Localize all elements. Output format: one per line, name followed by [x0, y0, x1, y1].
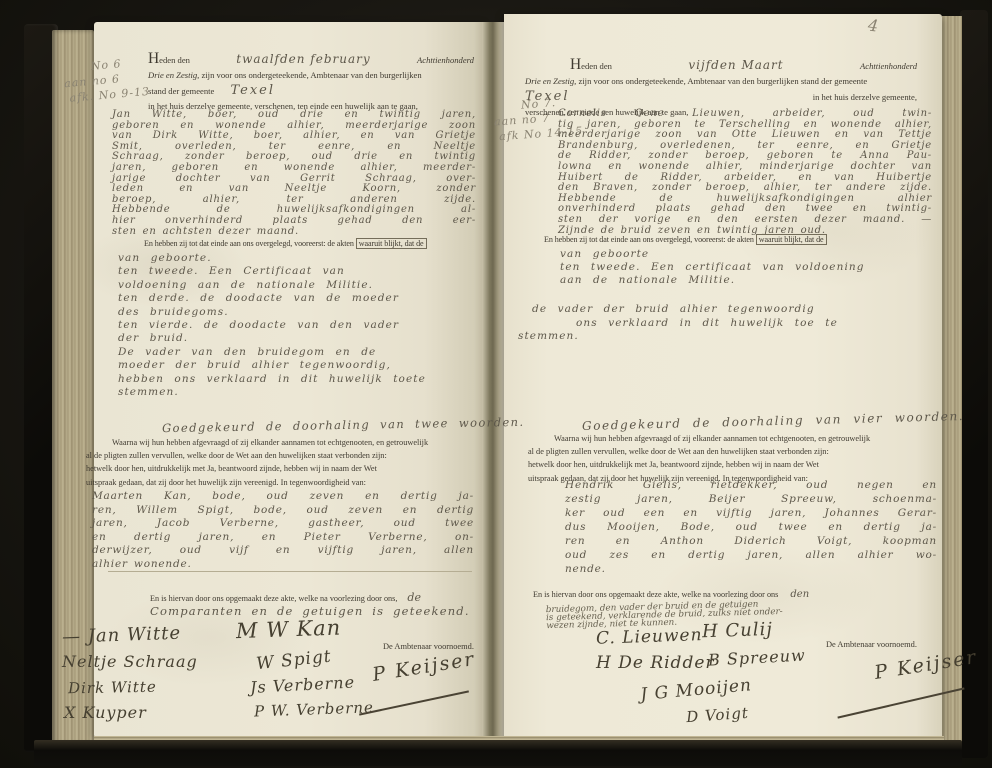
printed-closing-intro: En is hiervan door ons opgemaakt deze ak… — [150, 594, 397, 603]
form-header-left: Heden den twaalfden february Achttienhon… — [148, 52, 474, 114]
witnesses-paragraph-right: Hendrik Gielis, rietdekker, oud negen en… — [565, 478, 937, 576]
printed-line: al de pligten zullen vervullen, welke do… — [528, 445, 932, 458]
printed-line: uitspraak gedaan, dat zij door het huwel… — [86, 476, 476, 489]
parties-paragraph-right: Cornelis Oene Lieuwen, arbeider, oud twi… — [558, 109, 932, 236]
printed-documents-boxed: waaruit blijkt, dat de — [756, 234, 827, 245]
handwritten-line: Maarten Kan, bode, oud zeven en dertig j… — [92, 490, 474, 504]
handwritten-line: hebben ons verklaard in dit huwelijk toe… — [118, 373, 480, 386]
header-line-1: Heden den twaalfden february Achttienhon… — [148, 52, 474, 68]
handwritten-line: ten tweede. Een Certificaat van — [118, 265, 480, 278]
handwritten-line: zestig jaren, Beijer Spreeuw, schoenma- — [565, 492, 937, 506]
printed-documents-intro: En hebben zij tot dat einde aan ons over… — [144, 239, 354, 248]
printed-heden-den: Heden den — [148, 53, 190, 68]
handwritten-place: Texel — [525, 89, 570, 104]
printed-line2: zijn voor ons ondergeteekende, Ambtenaar… — [201, 70, 421, 80]
closing-intro-left: En is hiervan door ons opgemaakt deze ak… — [150, 591, 421, 604]
handwritten-line: derwijzer, oud vijf en vijftig jaren, al… — [92, 544, 474, 558]
handwritten-inline: de — [399, 591, 421, 604]
vows-paragraph-right: Waarna wij hun hebben afgevraagd of zij … — [528, 432, 932, 485]
handwritten-line: Hendrik Gielis, rietdekker, oud negen en — [565, 478, 937, 492]
printed-line: hetwelk door hen, uitdrukkelijk met Ja, … — [528, 458, 932, 471]
vows-paragraph-left: Waarna wij hun hebben afgevraagd of zij … — [86, 436, 476, 489]
printed-stand-der-gemeente: stand der gemeente — [148, 86, 214, 96]
handwritten-date: vijfden Maart — [688, 58, 783, 73]
handwritten-line: aan de nationale Militie. — [560, 274, 934, 287]
handwritten-line: jaren, Jacob Verberne, gastheer, oud twe… — [92, 517, 474, 531]
printed-line: Waarna wij hun hebben afgevraagd of zij … — [528, 432, 932, 445]
handwritten-line: hier onverhinderd plaats gehad den eer- — [112, 216, 476, 227]
handwritten-place: Texel — [217, 83, 276, 98]
handwritten-line: Cornelis Oene Lieuwen, arbeider, oud twi… — [558, 109, 932, 120]
header-line-2: Drie en Zestig, zijn voor ons ondergetee… — [525, 74, 917, 89]
handwritten-line: de vader der bruid alhier tegenwoordig — [518, 303, 924, 317]
witnesses-paragraph-left: Maarten Kan, bode, oud zeven en dertig j… — [92, 490, 474, 572]
handwritten-line: stemmen. — [518, 330, 924, 344]
printed-in-het-huis: in het huis derzelve gemeente, — [813, 90, 917, 105]
documents-list-right: van geboorteten tweede. Een certificaat … — [560, 248, 934, 288]
signatures-left-column1: — Jan WitteNeltje SchraagDirk WitteX Kuy… — [62, 624, 222, 729]
official-label-right: De Ambtenaar voornoemd. — [826, 640, 917, 649]
printed-achttienhonderd: Achttienhonderd — [860, 59, 917, 74]
handwritten-line: ren, Willem Spigt, bode, oud zeven en de… — [92, 504, 474, 518]
signature: M W Kan — [236, 613, 417, 643]
handwritten-line: moeder der bruid alhier tegenwoordig, — [118, 359, 480, 372]
printed-line: Waarna wij hun hebben afgevraagd of zij … — [86, 436, 476, 449]
handwritten-line: lowna en wonende alhier, minderjarige do… — [558, 162, 932, 173]
handwritten-line: nende. — [565, 562, 937, 576]
header-line-2: Drie en Zestig, zijn voor ons ondergetee… — [148, 68, 474, 83]
signature: Neltje Schraag — [62, 652, 222, 671]
handwritten-line: jaren, geboren en wonende alhier, meerde… — [112, 163, 476, 174]
consent-paragraph-right: de vader der bruid alhier tegenwoordigon… — [518, 303, 924, 344]
handwritten-line: voldoening aan de nationale Militie. — [118, 279, 480, 292]
documents-list-left: van geboorte.ten tweede. Een Certificaat… — [118, 252, 480, 399]
handwritten-line: sten en achtsten dezer maand. — [112, 227, 476, 238]
handwritten-date: twaalfden february — [236, 52, 370, 67]
handwritten-line: des bruidegoms. — [118, 306, 480, 319]
handwritten-line: sten der vorige en den eersten dezer maa… — [558, 215, 932, 226]
printed-line2: zijn voor ons ondergeteekende, Ambtenaar… — [578, 76, 867, 86]
signature: — Jan Witte — [62, 621, 223, 648]
printed-documents-boxed: waaruit blijkt, dat de — [356, 238, 427, 249]
signature: Dirk Witte — [62, 677, 222, 698]
printed-drie-en-zestig: Drie en Zestig, — [148, 70, 199, 80]
header-line-1: Heden den vijfden Maart Achttienhonderd — [525, 58, 917, 74]
handwritten-line: van geboorte — [560, 248, 934, 261]
documents-intro-left: En hebben zij tot dat einde aan ons over… — [122, 239, 427, 248]
handwritten-line: ker oud een en vijftig jaren, Johannes G… — [565, 506, 937, 520]
handwritten-line: ten derde. de doodacte van de moeder — [118, 292, 480, 305]
handwritten-line: ren en Anthon Diderich Voigt, koopman — [565, 534, 937, 548]
printed-closing-intro: En is hiervan door ons opgemaakt deze ak… — [533, 590, 778, 599]
handwritten-line: oud zes en dertig jaren, allen alhier wo… — [565, 548, 937, 562]
printed-line: hetwelk door hen, uitdrukkelijk met Ja, … — [86, 462, 476, 475]
handwritten-line: ons verklaard in dit huwelijk toe te — [518, 317, 924, 331]
handwritten-line: Jan Witte, boer, oud drie en twintig jar… — [112, 110, 476, 121]
printed-line: al de pligten zullen vervullen, welke do… — [86, 449, 476, 462]
printed-drie-en-zestig: Drie en Zestig, — [525, 76, 576, 86]
handwritten-line: ten tweede. Een certificaat van voldoeni… — [560, 261, 934, 274]
printed-achttienhonderd: Achttienhonderd — [417, 53, 474, 68]
handwritten-line: ten vierde. de doodacte van den vader — [118, 319, 480, 332]
handwritten-line: dus Mooijen, Bode, oud twee en dertig ja… — [565, 520, 937, 534]
handwritten-line: der bruid. — [118, 332, 480, 345]
handwritten-line: en dertig jaren, en Pieter Verberne, on- — [92, 531, 474, 545]
header-line-3: Texel in het huis derzelve gemeente, — [525, 89, 917, 105]
page-edges-right — [942, 16, 962, 744]
signature: X Kuyper — [62, 703, 222, 722]
pencil-rule — [108, 571, 472, 572]
parties-paragraph-left: Jan Witte, boer, oud drie en twintig jar… — [112, 110, 476, 237]
handwritten-line: stemmen. — [118, 386, 480, 399]
header-line-3: stand der gemeente Texel — [148, 83, 474, 99]
handwritten-line: alhier wonende. — [92, 558, 474, 572]
documents-intro-right: En hebben zij tot dat einde aan ons over… — [528, 235, 827, 244]
book-cover-bottom — [34, 740, 962, 766]
signature: H Culij — [702, 615, 893, 643]
closing-intro-right: En is hiervan door ons opgemaakt deze ak… — [533, 589, 809, 600]
handwritten-line: De vader van den bruidegom en de — [118, 346, 480, 359]
book-photograph: 4 No 6aan no 6afk. No 9-13 Heden den twa… — [0, 0, 992, 768]
printed-heden-den: Heden den — [570, 59, 612, 74]
handwritten-line: van geboorte. — [118, 252, 480, 265]
printed-documents-intro: En hebben zij tot dat einde aan ons over… — [544, 235, 754, 244]
